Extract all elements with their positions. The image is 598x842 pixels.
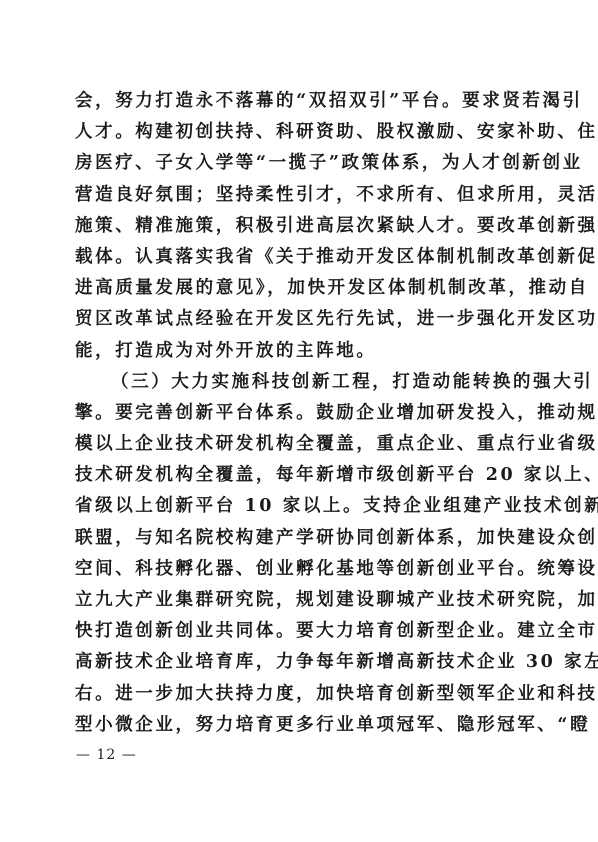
text-line: 空间、科技孵化器、创业孵化基地等创新创业平台。统筹设 [75, 554, 525, 585]
text-line: 技术研发机构全覆盖，每年新增市级创新平台 20 家以上、 [75, 460, 525, 491]
text-line: 贸区改革试点经验在开发区先行先试，进一步强化开发区功 [75, 304, 525, 335]
document-page: 会，努力打造永不落幕的“双招双引”平台。要求贤若渴引 人才。构建初创扶持、科研资… [0, 0, 598, 842]
text-line: 擎。要完善创新平台体系。鼓励企业增加研发投入，推动规 [75, 398, 525, 429]
text-line: 右。进一步加大扶持力度，加快培育创新型领军企业和科技 [75, 679, 525, 710]
body-text: 会，努力打造永不落幕的“双招双引”平台。要求贤若渴引 人才。构建初创扶持、科研资… [75, 86, 525, 741]
text-line: 施策、精准施策，积极引进高层次紧缺人才。要改革创新强 [75, 211, 525, 242]
text-line: 立九大产业集群研究院，规划建设聊城产业技术研究院，加 [75, 585, 525, 616]
section-heading-line: （三）大力实施科技创新工程，打造动能转换的强大引 [75, 367, 525, 398]
text-line: 载体。认真落实我省《关于推动开发区体制机制改革创新促 [75, 242, 525, 273]
text-line: 营造良好氛围；坚持柔性引才，不求所有、但求所用，灵活 [75, 180, 525, 211]
text-line: 快打造创新创业共同体。要大力培育创新型企业。建立全市 [75, 616, 525, 647]
text-line: 会，努力打造永不落幕的“双招双引”平台。要求贤若渴引 [75, 86, 525, 117]
text-line: 模以上企业技术研发机构全覆盖，重点企业、重点行业省级 [75, 429, 525, 460]
text-line: 人才。构建初创扶持、科研资助、股权激励、安家补助、住 [75, 117, 525, 148]
text-line: 省级以上创新平台 10 家以上。支持企业组建产业技术创新 [75, 491, 525, 522]
text-line: 能，打造成为对外开放的主阵地。 [75, 336, 525, 367]
text-line: 房医疗、子女入学等“一揽子”政策体系，为人才创新创业 [75, 148, 525, 179]
text-line: 型小微企业，努力培育更多行业单项冠军、隐形冠军、“瞪 [75, 710, 525, 741]
text-line: 联盟，与知名院校构建产学研协同创新体系，加快建设众创 [75, 523, 525, 554]
text-line: 进高质量发展的意见》，加快开发区体制机制改革，推动自 [75, 273, 525, 304]
page-number: — 12 — [76, 747, 137, 763]
text-line: 高新技术企业培育库，力争每年新增高新技术企业 30 家左 [75, 647, 525, 678]
